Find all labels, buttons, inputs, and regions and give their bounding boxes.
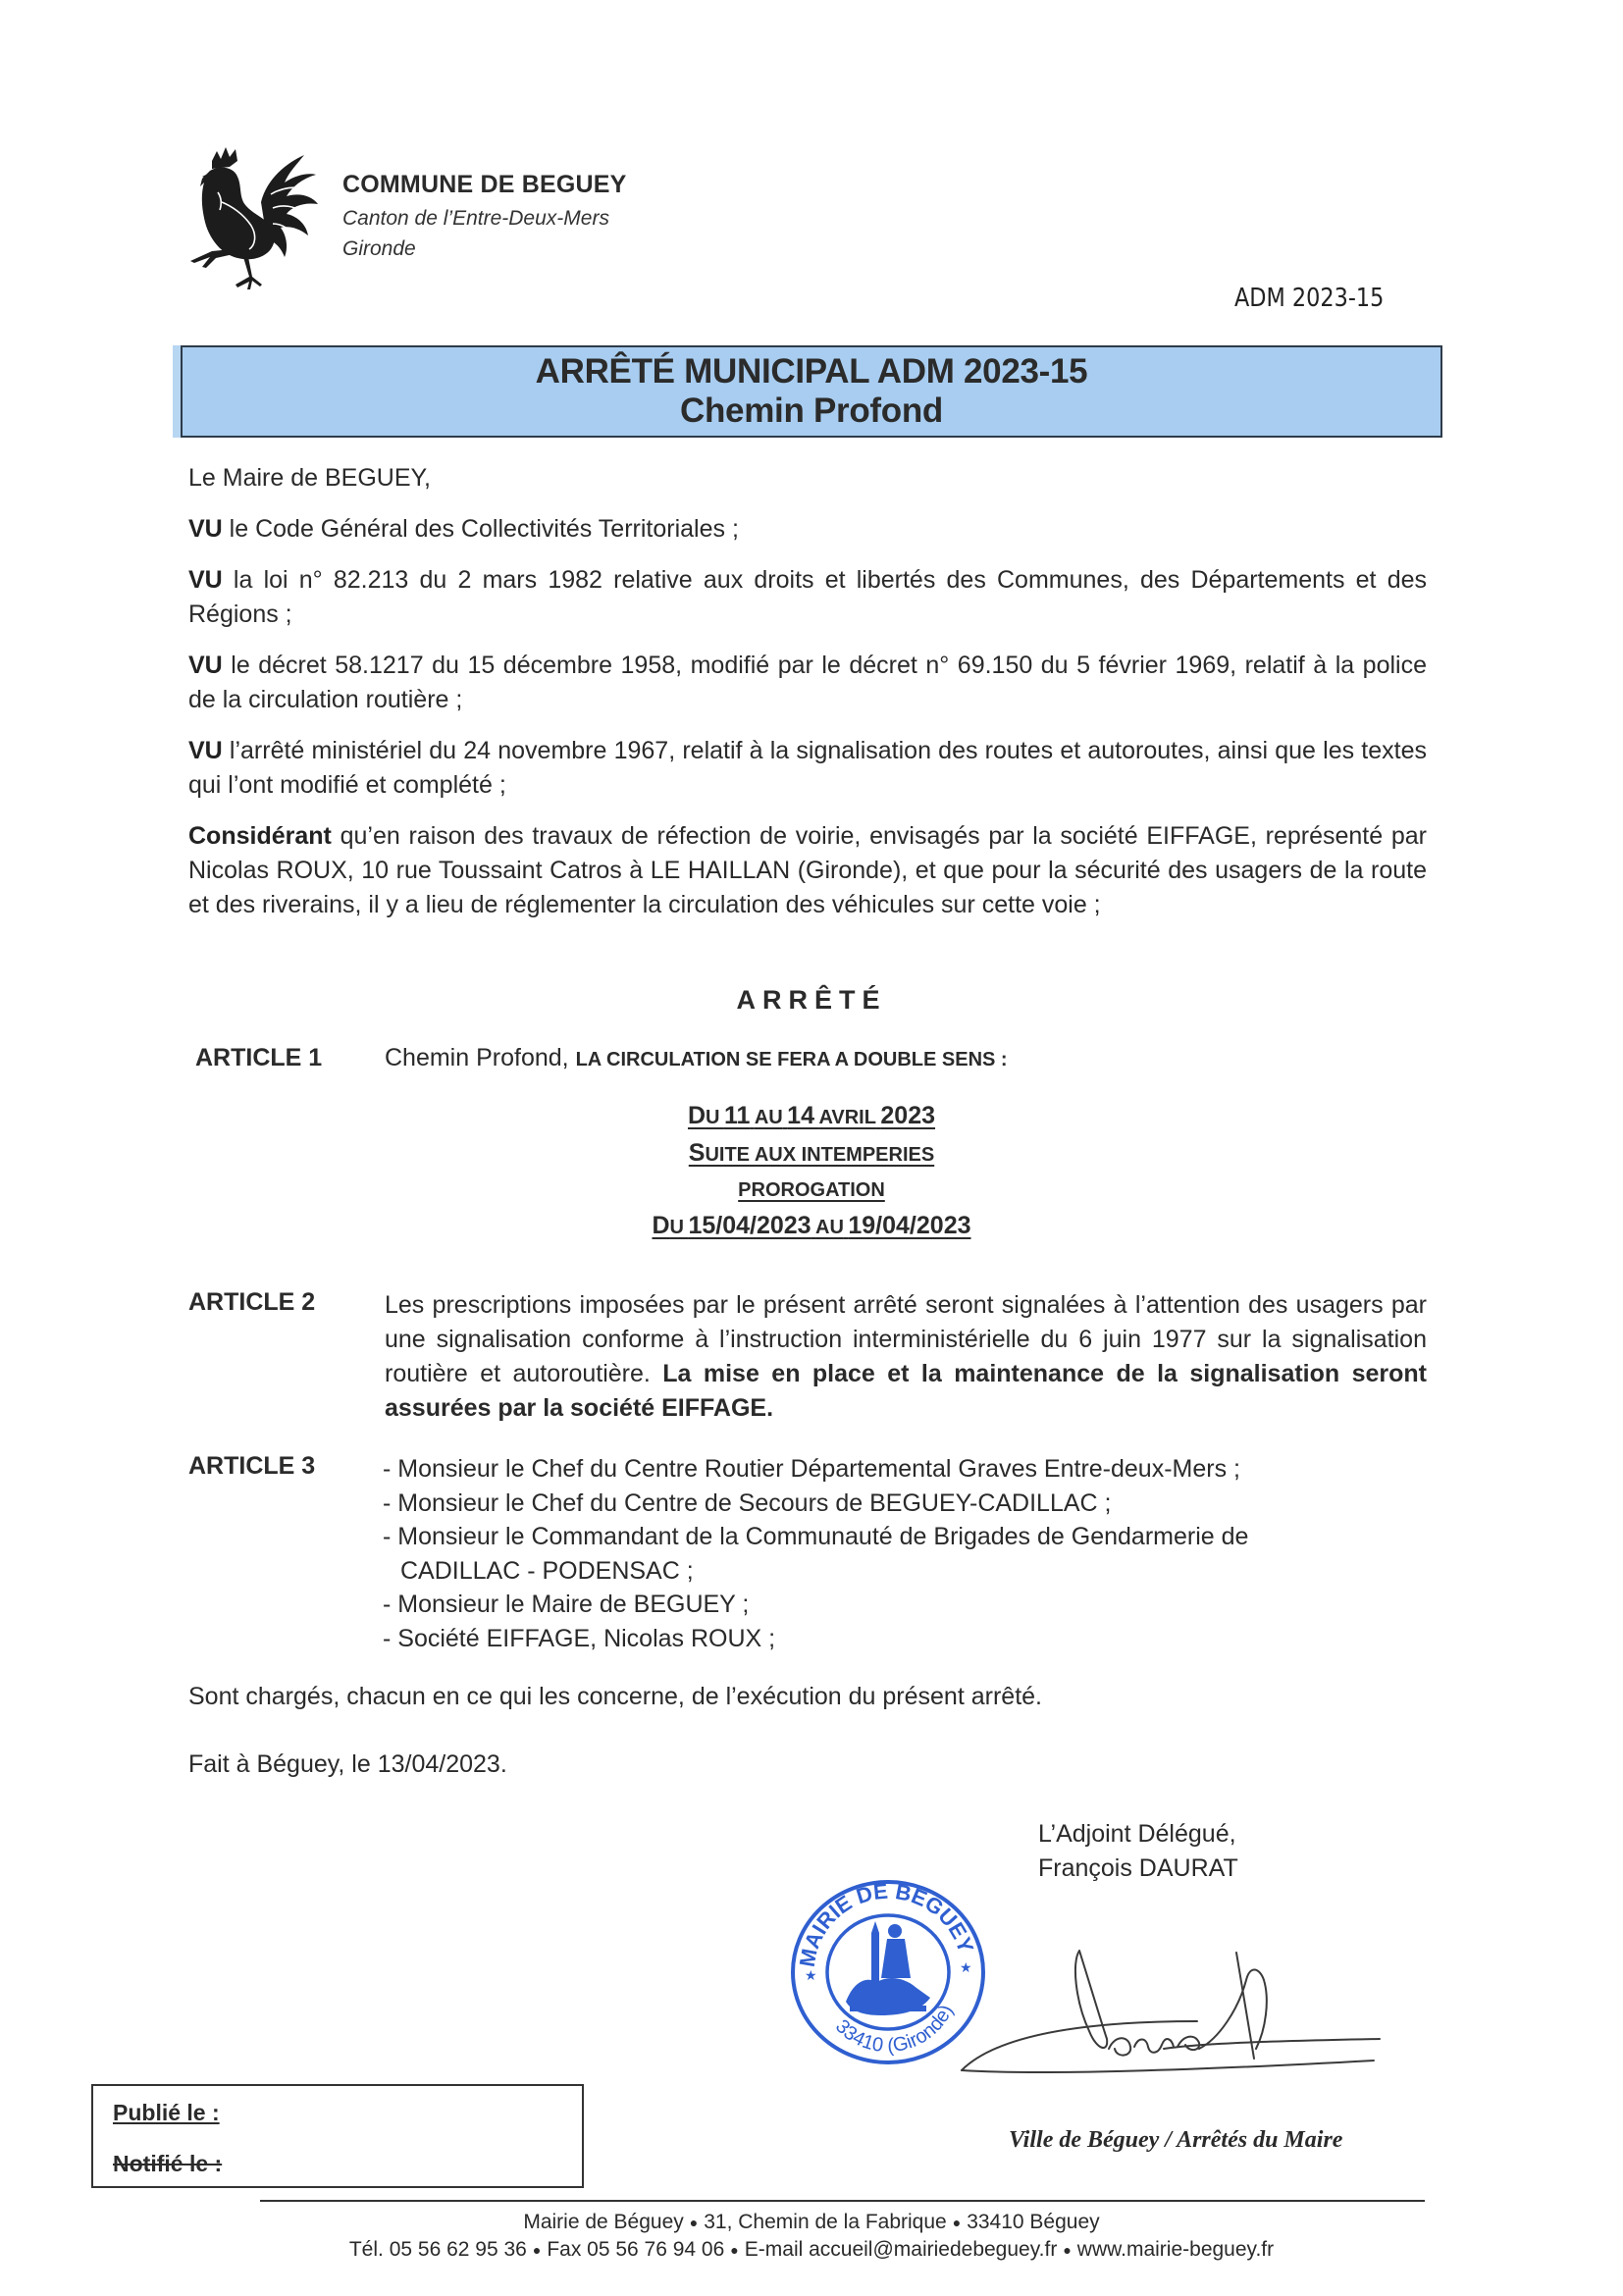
article-1-dates: DU 11 AU 14 AVRIL 2023 SUITE AUX INTEMPE… xyxy=(0,1099,1623,1246)
bullet-icon: ● xyxy=(533,2242,541,2258)
document-subtitle: Chemin Profond xyxy=(183,391,1440,431)
signed-at-date: Fait à Béguey, le 13/04/2023. xyxy=(188,1750,507,1779)
list-item: - Monsieur le Chef du Centre Routier Dép… xyxy=(383,1452,1427,1487)
maire-intro: Le Maire de BEGUEY, xyxy=(188,461,1427,496)
du-initial: D xyxy=(652,1212,669,1239)
footer-contact: Tél. 05 56 62 95 36●Fax 05 56 76 94 06●E… xyxy=(0,2238,1623,2262)
considerant-text: qu’en raison des travaux de réfection de… xyxy=(188,822,1427,918)
signatory-title: L’Adjoint Délégué, xyxy=(1038,1817,1238,1852)
date-month: AVRIL xyxy=(818,1107,876,1128)
article-1-label: ARTICLE 1 xyxy=(195,1044,322,1072)
footer-city: 33410 Béguey xyxy=(967,2211,1099,2233)
execution-clause: Sont chargés, chacun en ce qui les conce… xyxy=(188,1683,1042,1711)
du-rest: U xyxy=(670,1217,684,1238)
article-3-list: - Monsieur le Chef du Centre Routier Dép… xyxy=(383,1452,1427,1655)
vu-lead: VU xyxy=(188,566,223,594)
date-year: 2023 xyxy=(880,1102,935,1129)
footer-divider xyxy=(260,2200,1425,2202)
article-1-road: Chemin Profond, xyxy=(385,1044,569,1071)
vu-lead: VU xyxy=(188,652,223,679)
document-title: ARRÊTÉ MUNICIPAL ADM 2023-15 xyxy=(183,352,1440,391)
published-label: Publié le : xyxy=(113,2100,220,2126)
vu-lead: VU xyxy=(188,737,223,764)
article-3-label: ARTICLE 3 xyxy=(188,1452,315,1481)
vu-paragraph: VU le décret 58.1217 du 15 décembre 1958… xyxy=(188,649,1427,717)
footer-website[interactable]: www.mairie-beguey.fr xyxy=(1077,2238,1274,2261)
footer-email[interactable]: E-mail accueil@mairiedebeguey.fr xyxy=(745,2238,1058,2261)
vu-text: la loi n° 82.213 du 2 mars 1982 relative… xyxy=(188,566,1427,628)
article-1-rule: LA CIRCULATION SE FERA A DOUBLE SENS : xyxy=(576,1049,1008,1070)
signatory-block: L’Adjoint Délégué, François DAURAT xyxy=(1038,1817,1238,1886)
footer-phone: Tél. 05 56 62 95 36 xyxy=(349,2238,527,2261)
notified-label-struck: Notifié le : xyxy=(113,2151,222,2177)
vu-paragraph: VU le Code Général des Collectivités Ter… xyxy=(188,512,1427,547)
au-word: AU xyxy=(755,1107,783,1128)
list-item-continuation: CADILLAC - PODENSAC ; xyxy=(383,1554,1427,1589)
list-item: - Monsieur le Chef du Centre de Secours … xyxy=(383,1487,1427,1521)
list-item: - Monsieur le Maire de BEGUEY ; xyxy=(383,1588,1427,1622)
bullet-icon: ● xyxy=(1063,2242,1071,2258)
date-range-initial: DU 11 AU 14 AVRIL 2023 xyxy=(0,1099,1623,1136)
vu-lead: VU xyxy=(188,515,223,543)
bullet-icon: ● xyxy=(690,2215,698,2230)
vu-paragraph: VU la loi n° 82.213 du 2 mars 1982 relat… xyxy=(188,563,1427,632)
rooster-logo-icon xyxy=(183,143,324,290)
article-2-text: Les prescriptions imposées par le présen… xyxy=(385,1288,1427,1426)
svg-text:★: ★ xyxy=(805,1967,817,1983)
date-end: 19/04/2023 xyxy=(848,1212,970,1239)
au-word: AU xyxy=(815,1217,844,1238)
prorogation-line: PROROGATION xyxy=(0,1174,1623,1209)
considerant-lead: Considérant xyxy=(188,822,332,850)
prorogation-label: PROROGATION xyxy=(738,1179,885,1201)
footer-address: Mairie de Béguey●31, Chemin de la Fabriq… xyxy=(0,2211,1623,2234)
bullet-icon: ● xyxy=(730,2242,738,2258)
signatory-name: François DAURAT xyxy=(1038,1852,1238,1886)
du-rest: U xyxy=(706,1107,719,1128)
reason-line: SUITE AUX INTEMPERIES xyxy=(0,1136,1623,1174)
archive-label: Ville de Béguey / Arrêtés du Maire xyxy=(1009,2127,1342,2154)
vu-text: le décret 58.1217 du 15 décembre 1958, m… xyxy=(188,652,1427,713)
department-name: Gironde xyxy=(342,237,416,261)
date-range-extended: DU 15/04/2023 AU 19/04/2023 xyxy=(0,1209,1623,1246)
reason-initial: S xyxy=(689,1139,706,1167)
footer-street: 31, Chemin de la Fabrique xyxy=(704,2211,946,2233)
vu-paragraph: VU l’arrêté ministériel du 24 novembre 1… xyxy=(188,734,1427,803)
footer-mairie: Mairie de Béguey xyxy=(523,2211,683,2233)
arrete-heading: ARRÊTÉ xyxy=(0,985,1623,1016)
title-banner: ARRÊTÉ MUNICIPAL ADM 2023-15 Chemin Prof… xyxy=(181,345,1442,438)
reason-rest: UITE AUX INTEMPERIES xyxy=(705,1144,934,1166)
list-item: - Société EIFFAGE, Nicolas ROUX ; xyxy=(383,1622,1427,1656)
article-1-text: Chemin Profond, LA CIRCULATION SE FERA A… xyxy=(385,1044,1008,1072)
canton-name: Canton de l’Entre-Deux-Mers xyxy=(342,207,609,231)
bullet-icon: ● xyxy=(953,2215,961,2230)
list-item: - Monsieur le Commandant de la Communaut… xyxy=(383,1520,1427,1554)
signature-icon xyxy=(942,1923,1413,2080)
date-end: 14 xyxy=(787,1102,814,1129)
du-initial: D xyxy=(688,1102,706,1129)
vu-text: l’arrêté ministériel du 24 novembre 1967… xyxy=(188,737,1427,799)
date-start: 11 xyxy=(724,1102,750,1129)
document-reference: ADM 2023-15 xyxy=(1234,284,1384,313)
footer-fax: Fax 05 56 76 94 06 xyxy=(547,2238,724,2261)
date-start: 15/04/2023 xyxy=(688,1212,811,1239)
commune-name: COMMUNE DE BEGUEY xyxy=(342,171,627,199)
considerant-paragraph: Considérant qu’en raison des travaux de … xyxy=(188,819,1427,922)
article-2-label: ARTICLE 2 xyxy=(188,1288,315,1317)
vu-text: le Code Général des Collectivités Territ… xyxy=(223,515,739,543)
